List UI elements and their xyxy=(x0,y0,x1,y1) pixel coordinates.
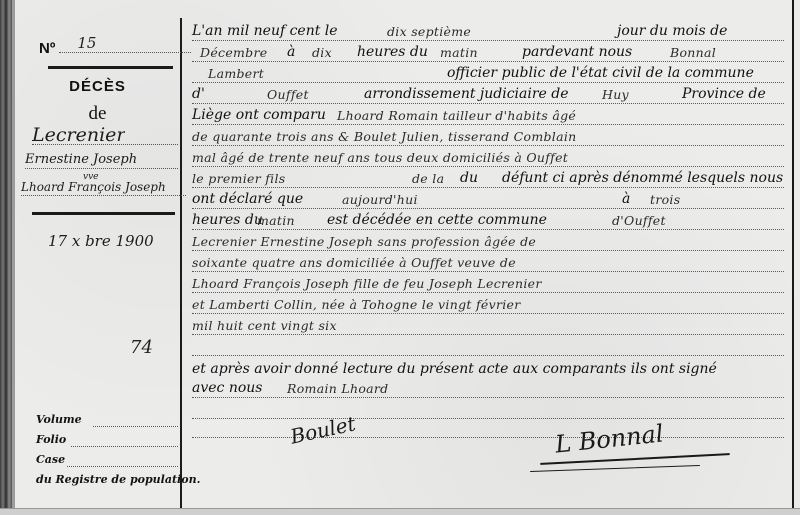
separator-rule xyxy=(48,66,173,69)
entry-number: Nº 15 xyxy=(39,38,191,57)
act-line: avec nous Romain Lhoard xyxy=(192,377,784,398)
act-line: Lhoard François Joseph fille de feu Jose… xyxy=(192,272,784,293)
volume-field xyxy=(93,426,178,427)
act-line: et Lamberti Collin, née à Tohogne le vin… xyxy=(192,293,784,314)
deces-de: de xyxy=(15,103,180,125)
page-right-border xyxy=(792,0,794,515)
signature-line xyxy=(192,417,784,438)
act-line: mal âgé de trente neuf ans tous deux dom… xyxy=(192,146,784,167)
act-line: heures du matin est décédée en cette com… xyxy=(192,209,784,230)
number-label: Nº xyxy=(39,40,55,57)
separator-rule xyxy=(32,212,175,215)
act-line: de quarante trois ans & Boulet Julien, t… xyxy=(192,125,784,146)
act-line: d' Ouffet arrondissement judiciaire de H… xyxy=(192,83,784,104)
volume-label: Volume xyxy=(36,413,82,426)
folio-label: Folio xyxy=(36,433,66,446)
deceased-surname: Lecrenier xyxy=(32,124,125,146)
act-line: Lambert officier public de l'état civil … xyxy=(192,62,784,83)
folio-field xyxy=(71,446,178,447)
act-line: L'an mil neuf cent le dix septième jour … xyxy=(192,20,784,41)
number-value: 15 xyxy=(77,34,96,52)
column-divider xyxy=(180,18,182,515)
act-line: mil huit cent vingt six xyxy=(192,314,784,335)
act-line: et après avoir donné lecture du présent … xyxy=(192,358,784,378)
registry-footer: du Registre de population. xyxy=(36,473,200,486)
register-page: Nº 15 DÉCÈS de Lecrenier Ernestine Josep… xyxy=(0,0,800,515)
act-line: Liège ont comparu Lhoard Romain tailleur… xyxy=(192,104,784,125)
signature-line xyxy=(192,398,784,419)
deceased-given-names: Ernestine Joseph xyxy=(25,152,137,167)
margin-column: Nº 15 DÉCÈS de Lecrenier Ernestine Josep… xyxy=(15,0,180,515)
act-line xyxy=(192,335,784,356)
act-line: le premier fils de la du défunt ci après… xyxy=(192,167,784,188)
book-binding xyxy=(0,0,12,515)
spouse-name: Lhoard François Joseph xyxy=(21,180,166,194)
act-line: ont déclaré que aujourd'hui à trois xyxy=(192,188,784,209)
act-line: Lecrenier Ernestine Joseph sans professi… xyxy=(192,230,784,251)
act-line: Décembre à dix heures du matin pardevant… xyxy=(192,41,784,62)
act-line: soixante quatre ans domiciliée à Ouffet … xyxy=(192,251,784,272)
case-field xyxy=(67,466,178,467)
case-label: Case xyxy=(36,453,65,466)
death-date: 17 x bre 1900 xyxy=(48,232,154,250)
signature-flourish xyxy=(530,465,700,472)
folio-number: 74 xyxy=(130,337,153,358)
deces-heading: DÉCÈS xyxy=(15,78,180,95)
